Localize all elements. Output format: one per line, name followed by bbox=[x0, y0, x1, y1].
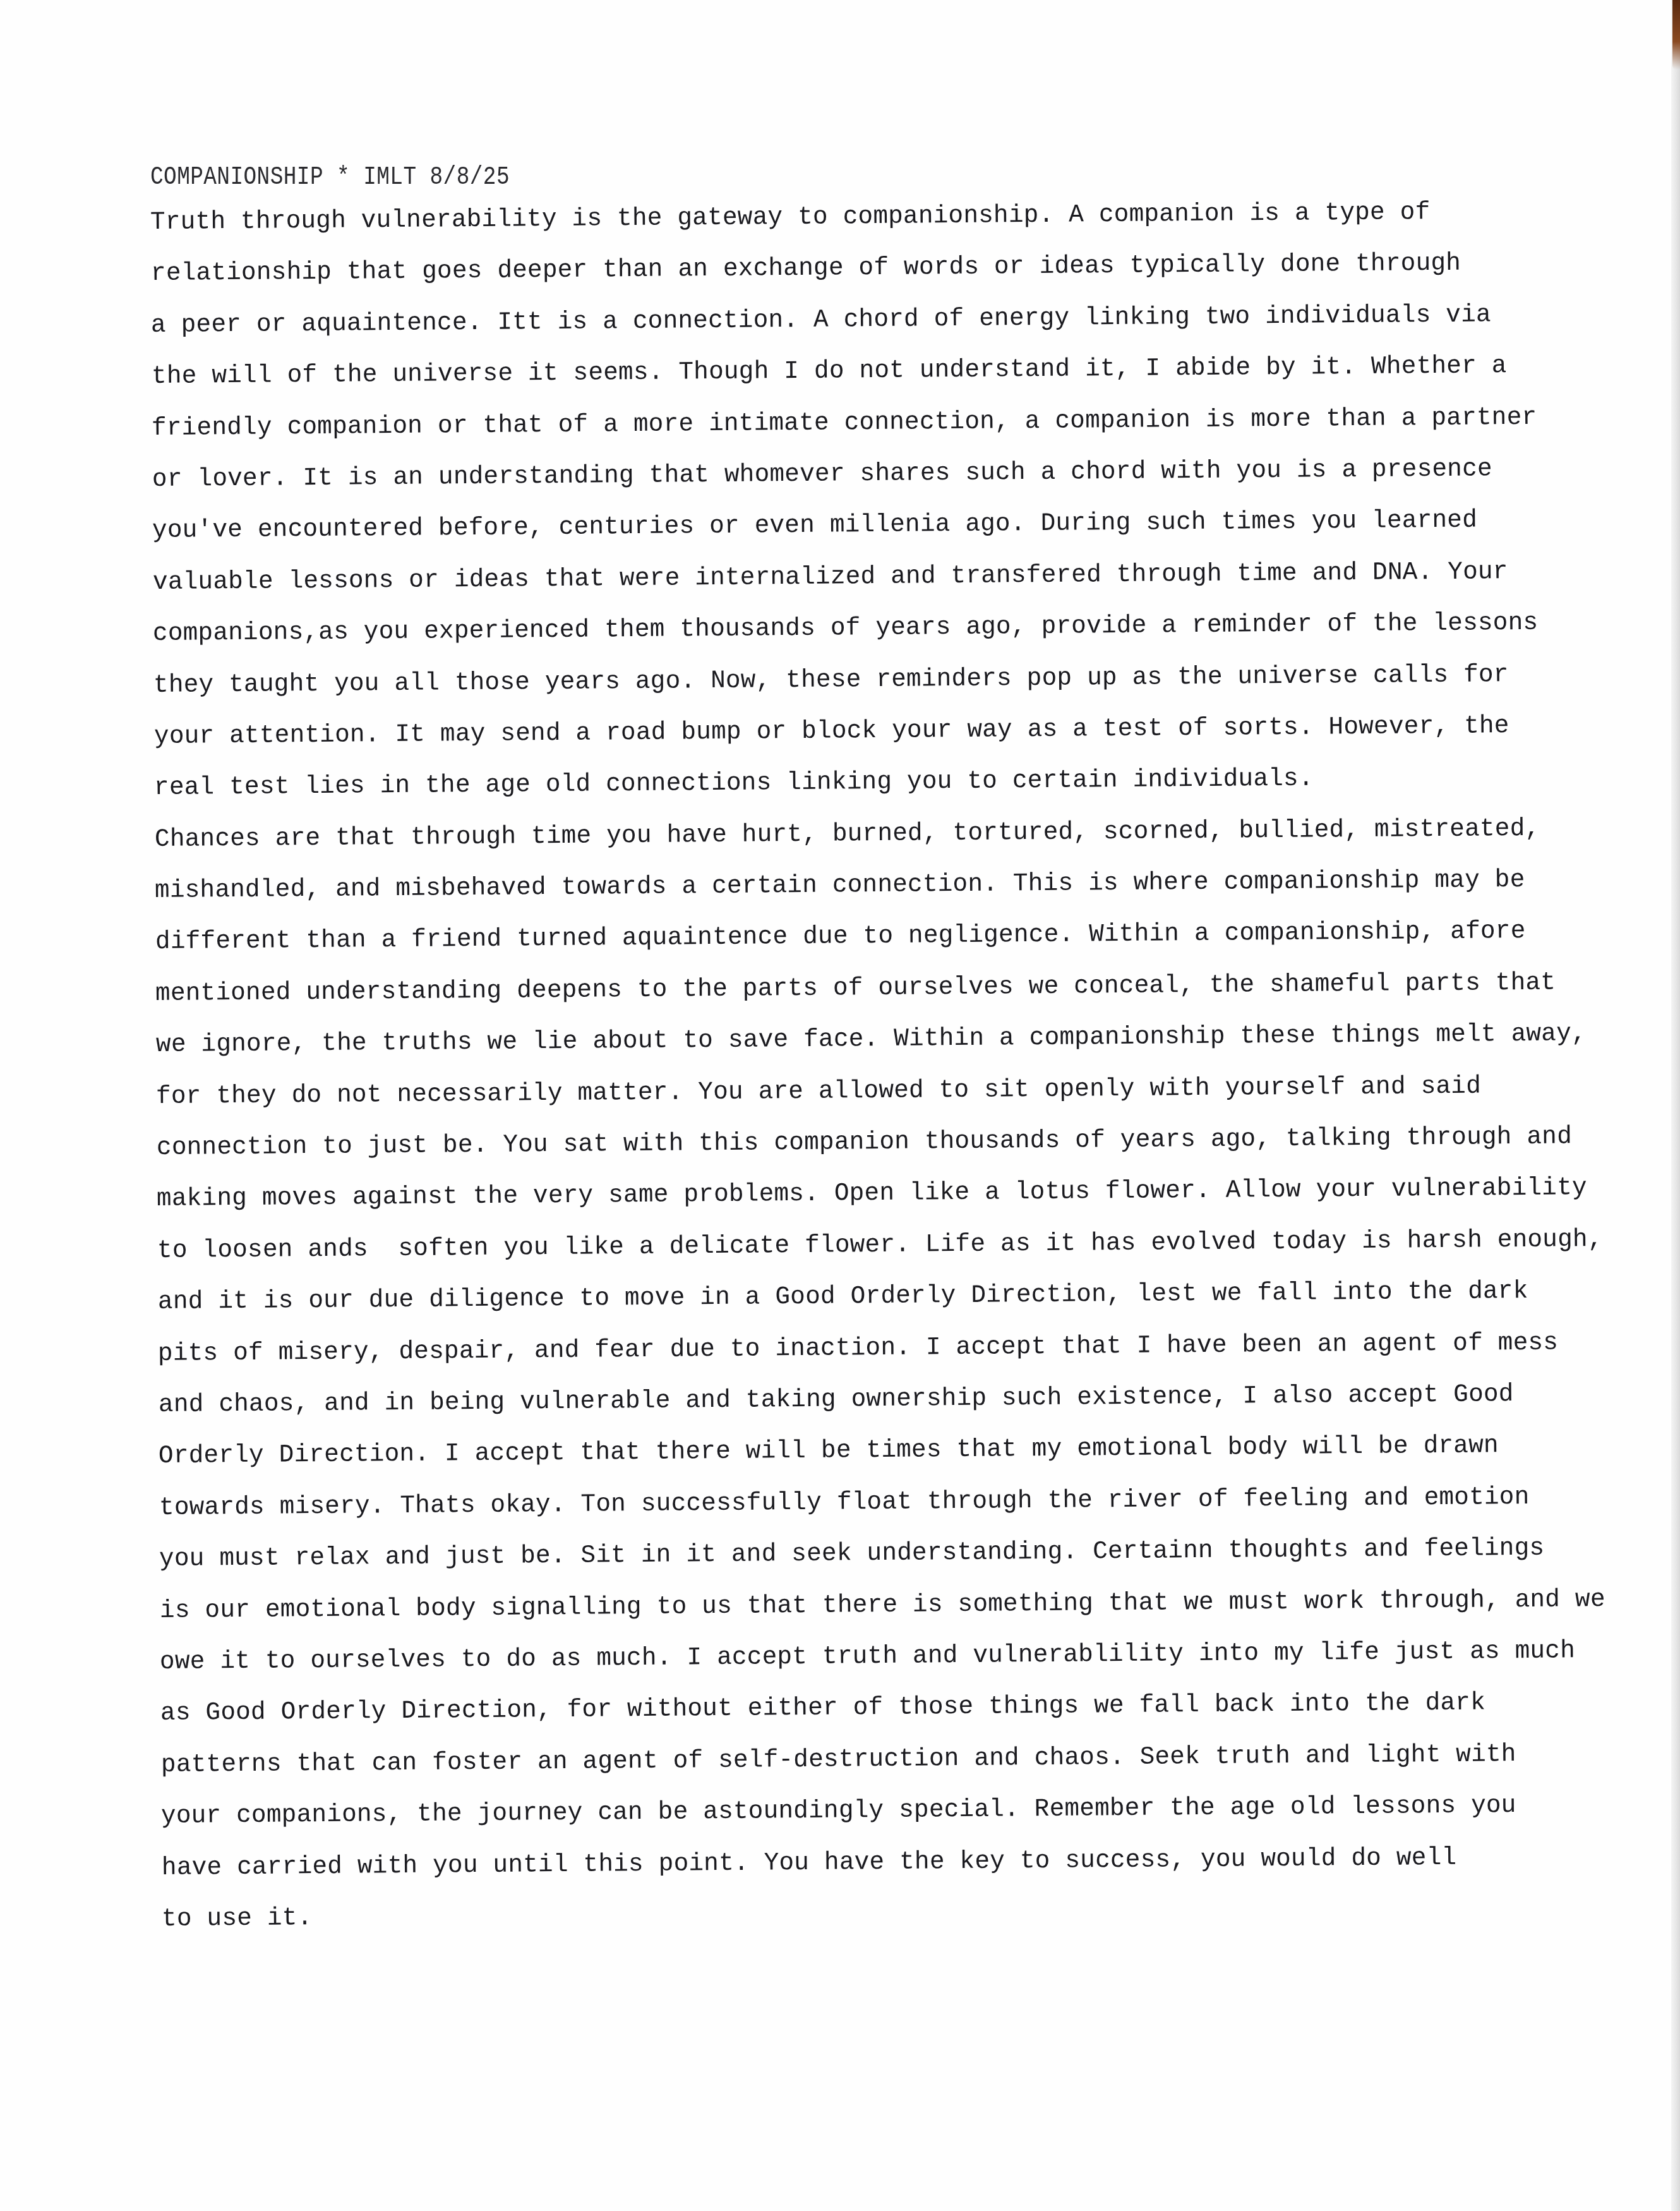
scanned-page: COMPANIONSHIP * IMLT 8/8/25 Truth throug… bbox=[0, 0, 1680, 2211]
text-line: to use it. bbox=[162, 1883, 1593, 1945]
page-edge bbox=[1671, 0, 1680, 2211]
typewritten-text: COMPANIONSHIP * IMLT 8/8/25 Truth throug… bbox=[150, 159, 1603, 1945]
binding-edge bbox=[1672, 0, 1680, 69]
body-text: Truth through vulnerability is the gatew… bbox=[150, 197, 1603, 1945]
